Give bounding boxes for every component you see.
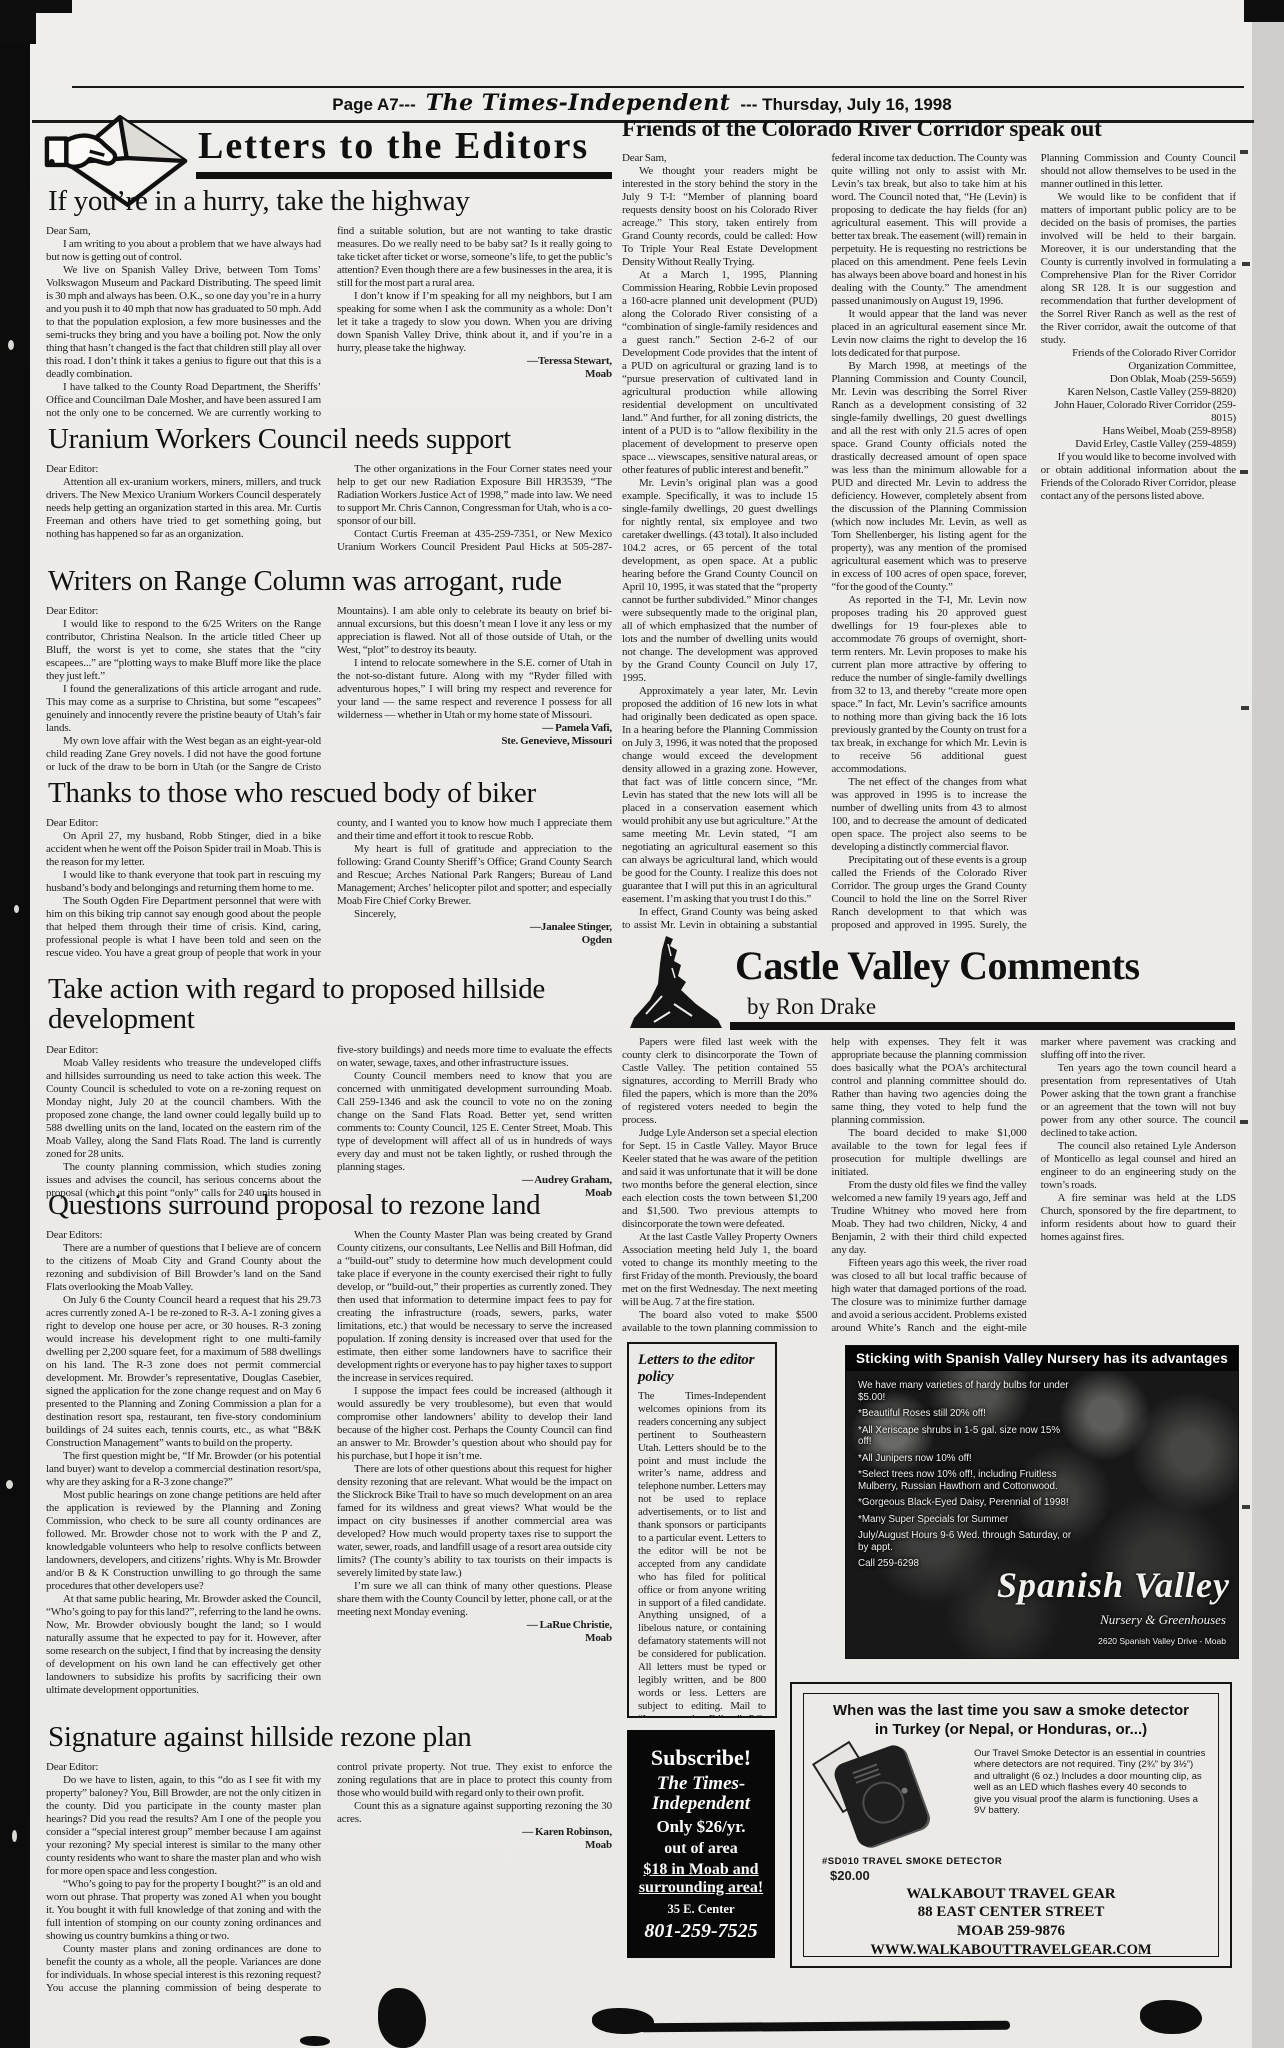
walkabout-ad-inner: When was the last time you saw a smoke d…: [803, 1693, 1219, 1957]
paragraph: David Erley, Castle Valley (259-4859): [1041, 438, 1236, 451]
paragraph: —Teressa Stewart,: [337, 355, 612, 368]
scan-speck: [1241, 706, 1249, 710]
paragraph: — Karen Robinson,: [337, 1826, 612, 1839]
scan-mark: [1244, 0, 1284, 22]
friends-body: Dear Sam,We thought your readers might b…: [622, 152, 1236, 934]
letter-paragraphs: Dear Editor:Do we have to listen, again,…: [46, 1761, 612, 1999]
newspaper-page: Page A7--- The Times-Independent --- Thu…: [0, 0, 1284, 2048]
paragraph: — Pamela Vafi,: [337, 722, 612, 735]
letter-section-take-action: Take action with regard to proposed hill…: [46, 974, 612, 1220]
castle-valley-body: Papers were filed last week with the cou…: [622, 1036, 1236, 1344]
letters-policy-box: Letters to the editor policy The Times-I…: [627, 1342, 777, 1718]
subscribe-price-out: Only $26/yr.: [656, 1817, 745, 1837]
castle-valley-title: Castle Valley Comments: [735, 942, 1140, 989]
letter-section-hurry: If you’re in a hurry, take the highway D…: [46, 186, 612, 423]
castle-rock-icon: [626, 934, 726, 1030]
paragraph: Dear Editor:: [46, 463, 321, 476]
paragraph: Dear Editor:: [46, 817, 321, 830]
paragraph: As reported in the T-I, Mr. Levin now pr…: [831, 594, 1026, 776]
paragraph: *All Xeriscape shrubs in 1-5 gal. size n…: [858, 1425, 1073, 1448]
paragraph: Moab: [337, 1839, 612, 1852]
page-number-label: Page A7---: [332, 95, 415, 114]
scan-speck: [1242, 262, 1250, 266]
paragraph: When the County Master Plan was being cr…: [337, 1229, 612, 1385]
scan-smudge: [1140, 2000, 1202, 2034]
nursery-ad-items: We have many varieties of hardy bulbs fo…: [858, 1380, 1073, 1575]
paragraph: Most public hearings on zone change peti…: [46, 1489, 321, 1593]
paragraph: I don’t know if I’m speaking for all my …: [337, 290, 612, 355]
paragraph: July/August Hours 9-6 Wed. through Satur…: [858, 1530, 1073, 1553]
paragraph: Dear Editor:: [46, 1761, 321, 1774]
paragraph: Sincerely,: [337, 908, 612, 921]
walkabout-website: WWW.WALKABOUTTRAVELGEAR.COM: [816, 1941, 1206, 1959]
paragraph: On April 27, my husband, Robb Stinger, d…: [46, 830, 321, 869]
subscribe-ad[interactable]: Subscribe! The Times-Independent Only $2…: [627, 1730, 775, 1958]
paragraph: Friends of the Colorado River Corridor: [1041, 347, 1236, 360]
paragraph: At that same public hearing, Mr. Browder…: [46, 1593, 321, 1697]
scan-speck: [1240, 470, 1248, 474]
scan-smudge: [300, 2036, 330, 2046]
friends-closing: If you would like to become involved wit…: [1041, 451, 1236, 503]
paragraph: Judge Lyle Anderson set a special electi…: [622, 1127, 817, 1231]
letter-section-signature-against: Signature against hillside rezone plan D…: [46, 1722, 612, 1999]
letter-signature: — LaRue Christie,Moab: [337, 1619, 612, 1645]
letter-paragraphs: Dear Editors:There are a number of quest…: [46, 1229, 612, 1719]
friends-paragraphs: Dear Sam,We thought your readers might b…: [622, 152, 1236, 934]
letter-paragraphs: Dear Editor:I would like to respond to t…: [46, 605, 612, 777]
walkabout-street: 88 EAST CENTER STREET: [816, 1903, 1206, 1922]
letter-body: Dear Editor:On April 27, my husband, Rob…: [46, 817, 612, 972]
paragraph: On July 6 the County Council heard a req…: [46, 1294, 321, 1450]
paragraph: Ten years ago the town council heard a p…: [1041, 1062, 1236, 1140]
letter-headline: Thanks to those who rescued body of bike…: [48, 778, 612, 808]
friends-committee-list: Friends of the Colorado River CorridorOr…: [1041, 347, 1236, 451]
walkabout-body-text: Our Travel Smoke Detector is an essentia…: [966, 1746, 1206, 1854]
letter-signature: — Karen Robinson,Moab: [337, 1826, 612, 1852]
page-header: Page A7--- The Times-Independent --- Thu…: [0, 90, 1284, 116]
letter-body: Dear Sam,I am writing to you about a pro…: [46, 225, 612, 423]
letter-paragraphs: Dear Editor:Attention all ex-uranium wor…: [46, 463, 612, 563]
paragraph: We thought your readers might be interes…: [622, 165, 817, 269]
paragraph: Dear Sam,: [622, 152, 817, 165]
paragraph: The other organizations in the Four Corn…: [337, 463, 612, 528]
policy-title: Letters to the editor policy: [638, 1352, 766, 1386]
paragraph: Attention all ex-uranium workers, miners…: [46, 476, 321, 541]
paragraph: There are lots of other questions about …: [337, 1463, 612, 1580]
scan-speck: [1240, 150, 1248, 154]
nursery-logo-script: Spanish Valley: [997, 1564, 1230, 1606]
letter-headline: If you’re in a hurry, take the highway: [48, 186, 612, 216]
paragraph: — Audrey Graham,: [337, 1174, 612, 1187]
scan-edge-right: [1252, 0, 1284, 2048]
walkabout-price: $20.00: [830, 1868, 1206, 1883]
paragraph: It would appear that the land was never …: [831, 308, 1026, 360]
letters-section-title: Letters to the Editors: [198, 124, 589, 168]
paragraph: The first question might be, “If Mr. Bro…: [46, 1450, 321, 1489]
paragraph: The council also retained Lyle Anderson …: [1041, 1140, 1236, 1192]
paragraph: We have many varieties of hardy bulbs fo…: [858, 1380, 1073, 1403]
paragraph: Moab: [337, 368, 612, 381]
paragraph: Organization Committee,: [1041, 360, 1236, 373]
paragraph: Dear Sam,: [46, 225, 321, 238]
paragraph: We would like to be confident that if ma…: [1041, 191, 1236, 347]
letter-headline: Signature against hillside rezone plan: [48, 1722, 612, 1752]
walkabout-headline: When was the last time you saw a smoke d…: [832, 1702, 1191, 1740]
paragraph: Ogden: [337, 934, 612, 947]
paragraph: Dear Editors:: [46, 1229, 321, 1242]
walkabout-phone: MOAB 259-9876: [816, 1922, 1206, 1941]
letter-body: Dear Editors:There are a number of quest…: [46, 1229, 612, 1719]
scan-mark: [0, 0, 36, 44]
walkabout-sku: #SD010 TRAVEL SMOKE DETECTOR: [822, 1856, 1206, 1867]
walkabout-store-name: WALKABOUT TRAVEL GEAR: [816, 1885, 1206, 1904]
subscribe-area-label: out of area: [664, 1840, 737, 1858]
paragraph: The net effect of the changes from what …: [831, 776, 1026, 854]
letter-section-biker-rescue: Thanks to those who rescued body of bike…: [46, 778, 612, 972]
scan-smudge: [640, 2021, 1010, 2033]
letters-title-bar: [196, 172, 612, 179]
paragraph: My heart is full of gratitude and apprec…: [337, 843, 612, 908]
nursery-ad[interactable]: Sticking with Spanish Valley Nursery has…: [845, 1345, 1239, 1659]
paragraph: — LaRue Christie,: [337, 1619, 612, 1632]
scan-speck: [1242, 1505, 1250, 1509]
friends-headline: Friends of the Colorado River Corridor s…: [622, 116, 1236, 142]
letter-headline: Writers on Range Column was arrogant, ru…: [48, 566, 612, 596]
paragraph: I would like to thank everyone that took…: [46, 869, 321, 895]
paragraph: A fire seminar was held at the LDS Churc…: [1041, 1192, 1236, 1244]
subscribe-paper-name: The Times-Independent: [627, 1774, 775, 1814]
paragraph: Don Oblak, Moab (259-5659): [1041, 373, 1236, 386]
masthead: The Times-Independent: [420, 90, 737, 116]
paragraph: “Who’s going to pay for the property I b…: [46, 1878, 321, 1943]
nursery-address: 2620 Spanish Valley Drive - Moab: [1098, 1636, 1226, 1646]
paragraph: Approximately a year later, Mr. Levin pr…: [622, 685, 817, 906]
walkabout-ad[interactable]: When was the last time you saw a smoke d…: [790, 1682, 1232, 1968]
nursery-ad-headline: Sticking with Spanish Valley Nursery has…: [846, 1346, 1238, 1371]
letter-body: Dear Editor:I would like to respond to t…: [46, 605, 612, 777]
letter-headline: Take action with regard to proposed hill…: [48, 974, 612, 1035]
paragraph: By March 1998, at meetings of the Planni…: [831, 360, 1026, 594]
scan-speck: [1240, 1120, 1248, 1124]
paragraph: Moab: [337, 1632, 612, 1645]
paragraph: County Council members need to know that…: [337, 1070, 612, 1174]
letter-section-writers-on-range: Writers on Range Column was arrogant, ru…: [46, 566, 612, 777]
letter-signature: — Pamela Vafi,Ste. Genevieve, Missouri: [337, 722, 612, 748]
paragraph: Count this as a signature against suppor…: [337, 1800, 612, 1826]
paragraph: *Beautiful Roses still 20% off!: [858, 1408, 1073, 1420]
header-rule-top: [72, 86, 1244, 88]
letter-signature: —Teressa Stewart,Moab: [337, 355, 612, 381]
paragraph: I suppose the impact fees could be incre…: [337, 1385, 612, 1463]
paragraph: Papers were filed last week with the cou…: [622, 1036, 817, 1127]
paragraph: There are a number of questions that I b…: [46, 1242, 321, 1294]
paragraph: I intend to relocate somewhere in the S.…: [337, 657, 612, 722]
subscribe-headline: Subscribe!: [651, 1745, 751, 1771]
castle-valley-byline: by Ron Drake: [747, 994, 876, 1020]
paragraph: I am writing to you about a problem that…: [46, 238, 321, 264]
paragraph: At a March 1, 1995, Planning Commission …: [622, 269, 817, 477]
paragraph: Moab Valley residents who treasure the u…: [46, 1057, 321, 1161]
smoke-detector-image: [816, 1746, 966, 1854]
letter-signature: —Janalee Stinger,Ogden: [337, 921, 612, 947]
paragraph: I’m sure we all can think of many other …: [337, 1580, 612, 1619]
scan-edge-left: [0, 0, 30, 2048]
paragraph: Ste. Genevieve, Missouri: [337, 735, 612, 748]
header-date: --- Thursday, July 16, 1998: [740, 95, 951, 114]
paragraph: I found the generalizations of this arti…: [46, 683, 321, 735]
subscribe-phone: 801-259-7525: [644, 1920, 757, 1943]
paragraph: From the dusty old files we find the val…: [831, 1179, 1026, 1257]
paragraph: John Hauer, Colorado River Corridor (259…: [1041, 399, 1236, 425]
castle-valley-paragraphs: Papers were filed last week with the cou…: [622, 1036, 1236, 1344]
letter-body: Dear Editor:Do we have to listen, again,…: [46, 1761, 612, 1999]
paragraph: The board decided to make $1,000 availab…: [831, 1127, 1026, 1179]
paragraph: —Janalee Stinger,: [337, 921, 612, 934]
castle-valley-rule: [730, 1022, 1235, 1030]
paragraph: At the last Castle Valley Property Owner…: [622, 1231, 817, 1309]
paragraph: *All Junipers now 10% off!: [858, 1453, 1073, 1465]
letter-paragraphs: Dear Editor:On April 27, my husband, Rob…: [46, 817, 612, 972]
paragraph: *Gorgeous Black-Eyed Daisy, Perennial of…: [858, 1497, 1073, 1509]
letter-section-rezone-questions: Questions surround proposal to rezone la…: [46, 1190, 612, 1719]
paragraph: Mr. Levin’s original plan was a good exa…: [622, 477, 817, 685]
letter-paragraphs: Dear Sam,I am writing to you about a pro…: [46, 225, 612, 423]
nursery-logo-sub: Nursery & Greenhouses: [1100, 1612, 1226, 1628]
friends-letter-section: Friends of the Colorado River Corridor s…: [622, 116, 1236, 934]
letter-headline: Uranium Workers Council needs support: [48, 424, 612, 454]
policy-body: The Times-Independent welcomes opinions …: [638, 1390, 766, 1718]
letter-section-uranium: Uranium Workers Council needs support De…: [46, 424, 612, 563]
letter-body: Dear Editor:Attention all ex-uranium wor…: [46, 463, 612, 563]
paragraph: Do we have to listen, again, to this “do…: [46, 1774, 321, 1878]
paragraph: Hans Weibel, Moab (259-8958): [1041, 425, 1236, 438]
subscribe-price-local: $18 in Moab and surrounding area!: [627, 1861, 775, 1898]
paragraph: Karen Nelson, Castle Valley (259-8820): [1041, 386, 1236, 399]
paragraph: We live on Spanish Valley Drive, between…: [46, 264, 321, 381]
paragraph: I would like to respond to the 6/25 Writ…: [46, 618, 321, 683]
paragraph: *Many Super Specials for Summer: [858, 1514, 1073, 1526]
letter-headline: Questions surround proposal to rezone la…: [48, 1190, 612, 1220]
subscribe-address: 35 E. Center: [668, 1902, 735, 1917]
paragraph: Dear Editor:: [46, 605, 321, 618]
paragraph: Dear Editor:: [46, 1044, 321, 1057]
paragraph: *Select trees now 10% off!, including Fr…: [858, 1469, 1073, 1492]
